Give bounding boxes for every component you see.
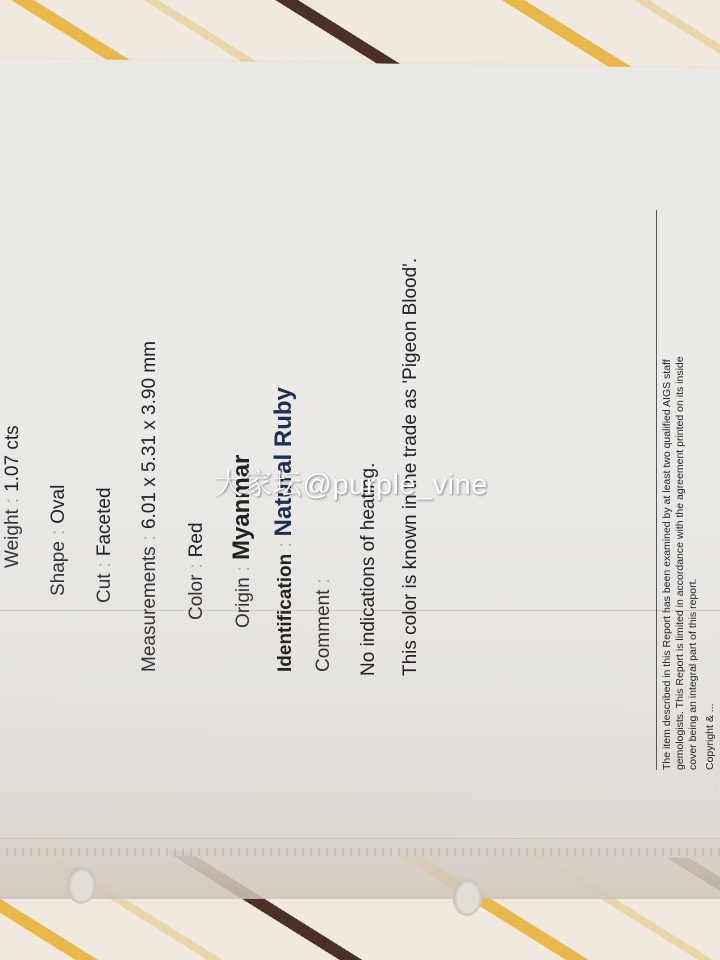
comment-label: Comment: [313, 590, 334, 672]
field-label: Cut: [94, 573, 115, 603]
watermark-text: 大家坛@purple_vine: [214, 462, 488, 503]
field-measurements: Measurements:6.01 x 5.31 x 3.90 mm: [139, 341, 161, 672]
field-label: Color: [186, 575, 207, 620]
field-value: Faceted: [94, 487, 115, 556]
field-shape: Shape:Oval: [48, 485, 70, 596]
field-cut: Cut:Faceted: [94, 487, 116, 603]
field-value: Red: [186, 522, 207, 557]
field-label: Origin: [233, 577, 254, 628]
field-label: Weight: [2, 509, 23, 568]
report-sheet: [0, 58, 720, 858]
binder-perforation: [0, 848, 720, 856]
binder-hole: [452, 878, 482, 916]
identification-label: Identification: [275, 554, 296, 672]
field-label: Measurements: [139, 546, 160, 672]
field-value: 6.01 x 5.31 x 3.90 mm: [139, 341, 160, 529]
field-label: Shape: [48, 541, 69, 596]
field-value: 1.07 cts: [2, 425, 23, 492]
disclaimer: The item described in this Report has be…: [661, 356, 717, 770]
field-weight: Weight:1.07 cts: [2, 425, 24, 568]
field-identification: Identification:Natural Ruby: [270, 387, 298, 672]
binder-hole: [66, 866, 96, 904]
field-color: Color:Red: [186, 522, 208, 620]
field-comment: Comment:: [313, 572, 335, 672]
field-value: Oval: [48, 485, 69, 524]
